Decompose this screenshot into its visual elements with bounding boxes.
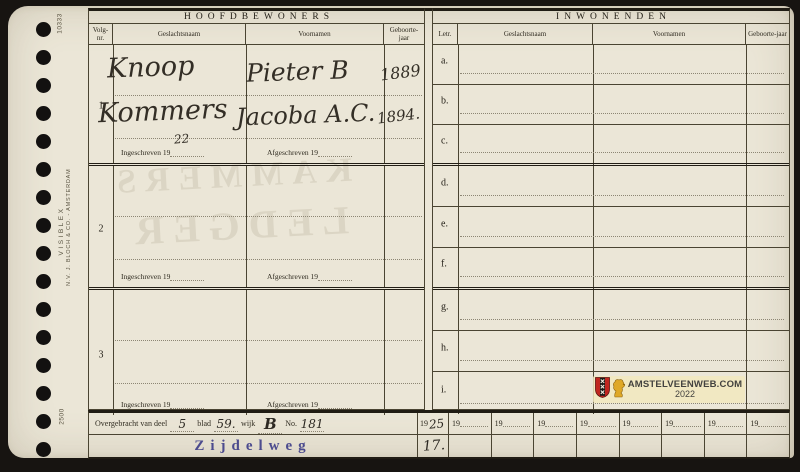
registered-label: Ingeschreven 19 [121, 148, 204, 157]
col-geboortejaar: Geboorte-jaar [384, 24, 424, 44]
writing-line [460, 195, 784, 196]
writing-line [460, 73, 784, 74]
registered-label: Ingeschreven 19 [121, 272, 204, 281]
street-cell: Zijdelweg [89, 435, 418, 457]
entry1-surname: Knoop [106, 50, 194, 84]
year-cell: 19 25 [418, 413, 449, 434]
deregistered-label: Afgeschreven 19 [267, 272, 352, 281]
punch-hole [36, 302, 51, 317]
registered-label: Ingeschreven 19 [121, 400, 204, 409]
writing-line [460, 113, 784, 114]
punch-hole [36, 414, 51, 429]
writing-line [460, 319, 784, 320]
punch-hole [36, 190, 51, 205]
lodger-row-b: b. [433, 85, 789, 125]
inwonenden-title: INWONENDEN [433, 11, 789, 24]
col-voornamen: Voornamen [593, 24, 746, 44]
transfer-row: Overgebracht van deel 5 blad 59. wijk B … [89, 413, 789, 435]
form-number: 10333 [57, 4, 64, 44]
writing-line [460, 360, 784, 361]
house-number: 17. [419, 437, 448, 455]
hoofdbewoners-title: HOOFDBEWONERS [89, 11, 424, 24]
block-number: 3 [89, 350, 113, 361]
transfer-cell: Overgebracht van deel 5 blad 59. wijk B … [89, 413, 418, 434]
photo-background: 10333 VISIBLEX N.V. J. BLOCH & CO. - AMS… [0, 0, 800, 472]
year-cell: 19 [492, 413, 535, 434]
punch-hole [36, 358, 51, 373]
watermark-text: AMSTELVEENWEB.COM 2022 [627, 380, 743, 399]
writing-line [460, 403, 784, 404]
lodger-row-e: e. [433, 207, 789, 248]
col-geslachtsnaam: Geslachtsnaam [113, 24, 246, 44]
year-cell: 19 [577, 413, 620, 434]
year-cell: 19 [534, 413, 577, 434]
writing-line [115, 340, 422, 341]
registered-year-written: 22 [173, 131, 189, 146]
year-written: 25 [428, 416, 445, 432]
brand-name: VISIBLEX [58, 176, 66, 286]
punch-hole [36, 330, 51, 345]
writing-line [460, 236, 784, 237]
writing-line [115, 216, 422, 217]
household-block-2: 2 Ingeschreven 19 Afgeschreven 19 [89, 166, 424, 290]
punch-hole [36, 274, 51, 289]
writing-line [460, 276, 784, 277]
stock-number: 2500 [59, 397, 66, 437]
lion-icon [612, 377, 625, 403]
watermark-year: 2022 [675, 390, 695, 399]
inwonenden-rows: a. b. c. d. e. f. g. [433, 45, 789, 414]
writing-line [115, 138, 422, 139]
wijk-value: B [258, 415, 282, 434]
bottom-section: Overgebracht van deel 5 blad 59. wijk B … [88, 410, 790, 459]
year-cell: 19 [662, 413, 705, 434]
punch-hole [36, 106, 51, 121]
entry2-surname: Kommers [97, 94, 228, 130]
street-row: Zijdelweg 17. [89, 435, 789, 457]
punch-hole [36, 50, 51, 65]
col-letter: Letr. [433, 24, 458, 44]
punch-hole [36, 134, 51, 149]
col-voornamen: Voornamen [246, 24, 384, 44]
year-cell: 19 [449, 413, 492, 434]
year-cell: 19 [705, 413, 748, 434]
amstelveen-shield-icon [595, 377, 610, 403]
deel-value: 5 [170, 417, 194, 432]
block-number: 2 [89, 223, 113, 234]
household-block-3: 3 Ingeschreven 19 Afgeschreven 19 [89, 290, 424, 415]
punch-hole [36, 246, 51, 261]
punch-hole [36, 22, 51, 37]
inwonenden-header: Letr. Geslachtsnaam Voornamen Geboorte-j… [433, 24, 789, 45]
writing-line [460, 152, 784, 153]
deregistered-label: Afgeschreven 19 [267, 400, 352, 409]
year-cell: 19 [747, 413, 789, 434]
punch-hole [36, 218, 51, 233]
writing-line [115, 259, 422, 260]
deregistered-label: Afgeschreven 19 [267, 148, 352, 157]
printer-imprint: VISIBLEX N.V. J. BLOCH & CO. - AMSTERDAM [58, 176, 74, 286]
punch-hole [36, 78, 51, 93]
street-name: Zijdelweg [95, 438, 411, 455]
lodger-row-d: d. [433, 166, 789, 207]
col-geboortejaar: Geboorte-jaar [746, 24, 789, 44]
lodger-row-h: h. [433, 331, 789, 372]
writing-line [115, 383, 422, 384]
lodger-row-f: f. [433, 248, 789, 290]
col-geslachtsnaam: Geslachtsnaam [458, 24, 593, 44]
year-cell: 19 [620, 413, 663, 434]
blad-value: 59. [214, 417, 238, 432]
lodger-row-c: c. [433, 125, 789, 166]
lodger-row-a: a. [433, 45, 789, 85]
punch-hole [36, 162, 51, 177]
house-number-cell: 17. [418, 435, 449, 457]
entry2-firstnames: Jacoba A.C. [236, 99, 376, 132]
punch-hole [36, 442, 51, 457]
brand-maker: N.V. J. BLOCH & CO. - AMSTERDAM [66, 176, 73, 286]
entry1-firstnames: Pieter B [246, 55, 350, 88]
hoofdbewoners-header: Volg-nr. Geslachtsnaam Voornamen Geboort… [89, 24, 424, 45]
amstelveenweb-watermark: AMSTELVEENWEB.COM 2022 [593, 376, 745, 403]
punch-hole [36, 386, 51, 401]
register-card: 10333 VISIBLEX N.V. J. BLOCH & CO. - AMS… [8, 6, 794, 458]
col-volgnr: Volg-nr. [89, 24, 113, 44]
lodger-row-g: g. [433, 290, 789, 331]
inwonenden-table: INWONENDEN Letr. Geslachtsnaam Voornamen… [432, 8, 790, 410]
no-value: 181 [300, 417, 324, 432]
